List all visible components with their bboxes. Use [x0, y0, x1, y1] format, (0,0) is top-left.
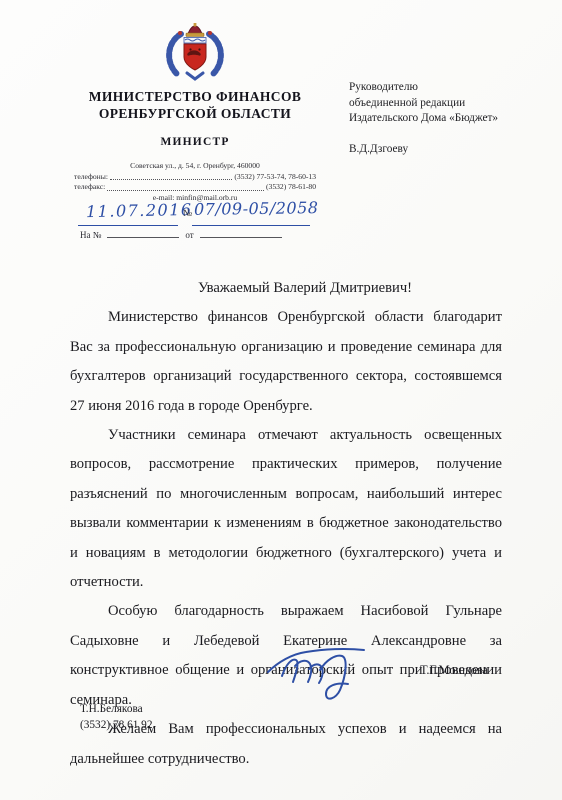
phones-label: телефоны: — [74, 172, 108, 183]
org-name-line1: МИНИСТЕРСТВО ФИНАНСОВ — [55, 88, 335, 105]
executor-block: Т.Н.Белякова (3532) 78 61 92 — [80, 701, 152, 733]
date-underline — [78, 225, 178, 226]
coat-of-arms-icon — [159, 22, 231, 84]
recipient-line3: Издательского Дома «Бюджет» — [349, 111, 539, 127]
number-sign: № — [183, 209, 192, 219]
dotted-leader — [107, 184, 264, 191]
salutation: Уважаемый Валерий Дмитриевич! — [70, 274, 502, 303]
phones-row: телефоны: (3532) 77-53-74, 78-60-13 — [74, 172, 316, 183]
reply-date-blank — [200, 237, 282, 238]
number-underline — [192, 225, 310, 226]
paragraph-2: Участники семинара отмечают актуальность… — [70, 421, 502, 597]
recipient-block: Руководителю объединенной редакции Издат… — [349, 80, 539, 157]
letterhead: МИНИСТЕРСТВО ФИНАНСОВ ОРЕНБУРГСКОЙ ОБЛАС… — [55, 22, 335, 203]
dotted-leader — [110, 173, 232, 180]
reply-number-blank — [107, 237, 179, 238]
reply-reference-line: На №от — [80, 230, 320, 240]
handwritten-signature — [262, 636, 382, 708]
fax-row: телефакс: (3532) 78-61-80 — [74, 182, 316, 193]
position-title: МИНИСТР — [55, 136, 335, 148]
street-address: Советская ул., д. 54, г. Оренбург, 46000… — [74, 161, 316, 172]
executor-name: Т.Н.Белякова — [80, 701, 152, 717]
scanned-letter-page: МИНИСТЕРСТВО ФИНАНСОВ ОРЕНБУРГСКОЙ ОБЛАС… — [0, 0, 562, 800]
recipient-line2: объединенной редакции — [349, 96, 539, 112]
reply-prefix: На № — [80, 230, 101, 240]
recipient-name: В.Д.Дзгоеву — [349, 142, 539, 158]
signer-name: Т.Г.Мошкова — [420, 663, 488, 678]
handwritten-number: 07/09-05/2058 — [194, 198, 319, 219]
org-name-line2: ОРЕНБУРГСКОЙ ОБЛАСТИ — [55, 105, 335, 122]
paragraph-1: Министерство финансов Оренбургской облас… — [70, 303, 502, 421]
executor-phone: (3532) 78 61 92 — [80, 717, 152, 733]
recipient-line1: Руководителю — [349, 80, 539, 96]
fax-value: (3532) 78-61-80 — [266, 182, 316, 193]
handwritten-date: 11.07.2016 — [86, 200, 193, 221]
reply-from-label: от — [185, 230, 193, 240]
address-block: Советская ул., д. 54, г. Оренбург, 46000… — [74, 161, 316, 203]
fax-label: телефакс: — [74, 182, 105, 193]
phones-value: (3532) 77-53-74, 78-60-13 — [234, 172, 316, 183]
